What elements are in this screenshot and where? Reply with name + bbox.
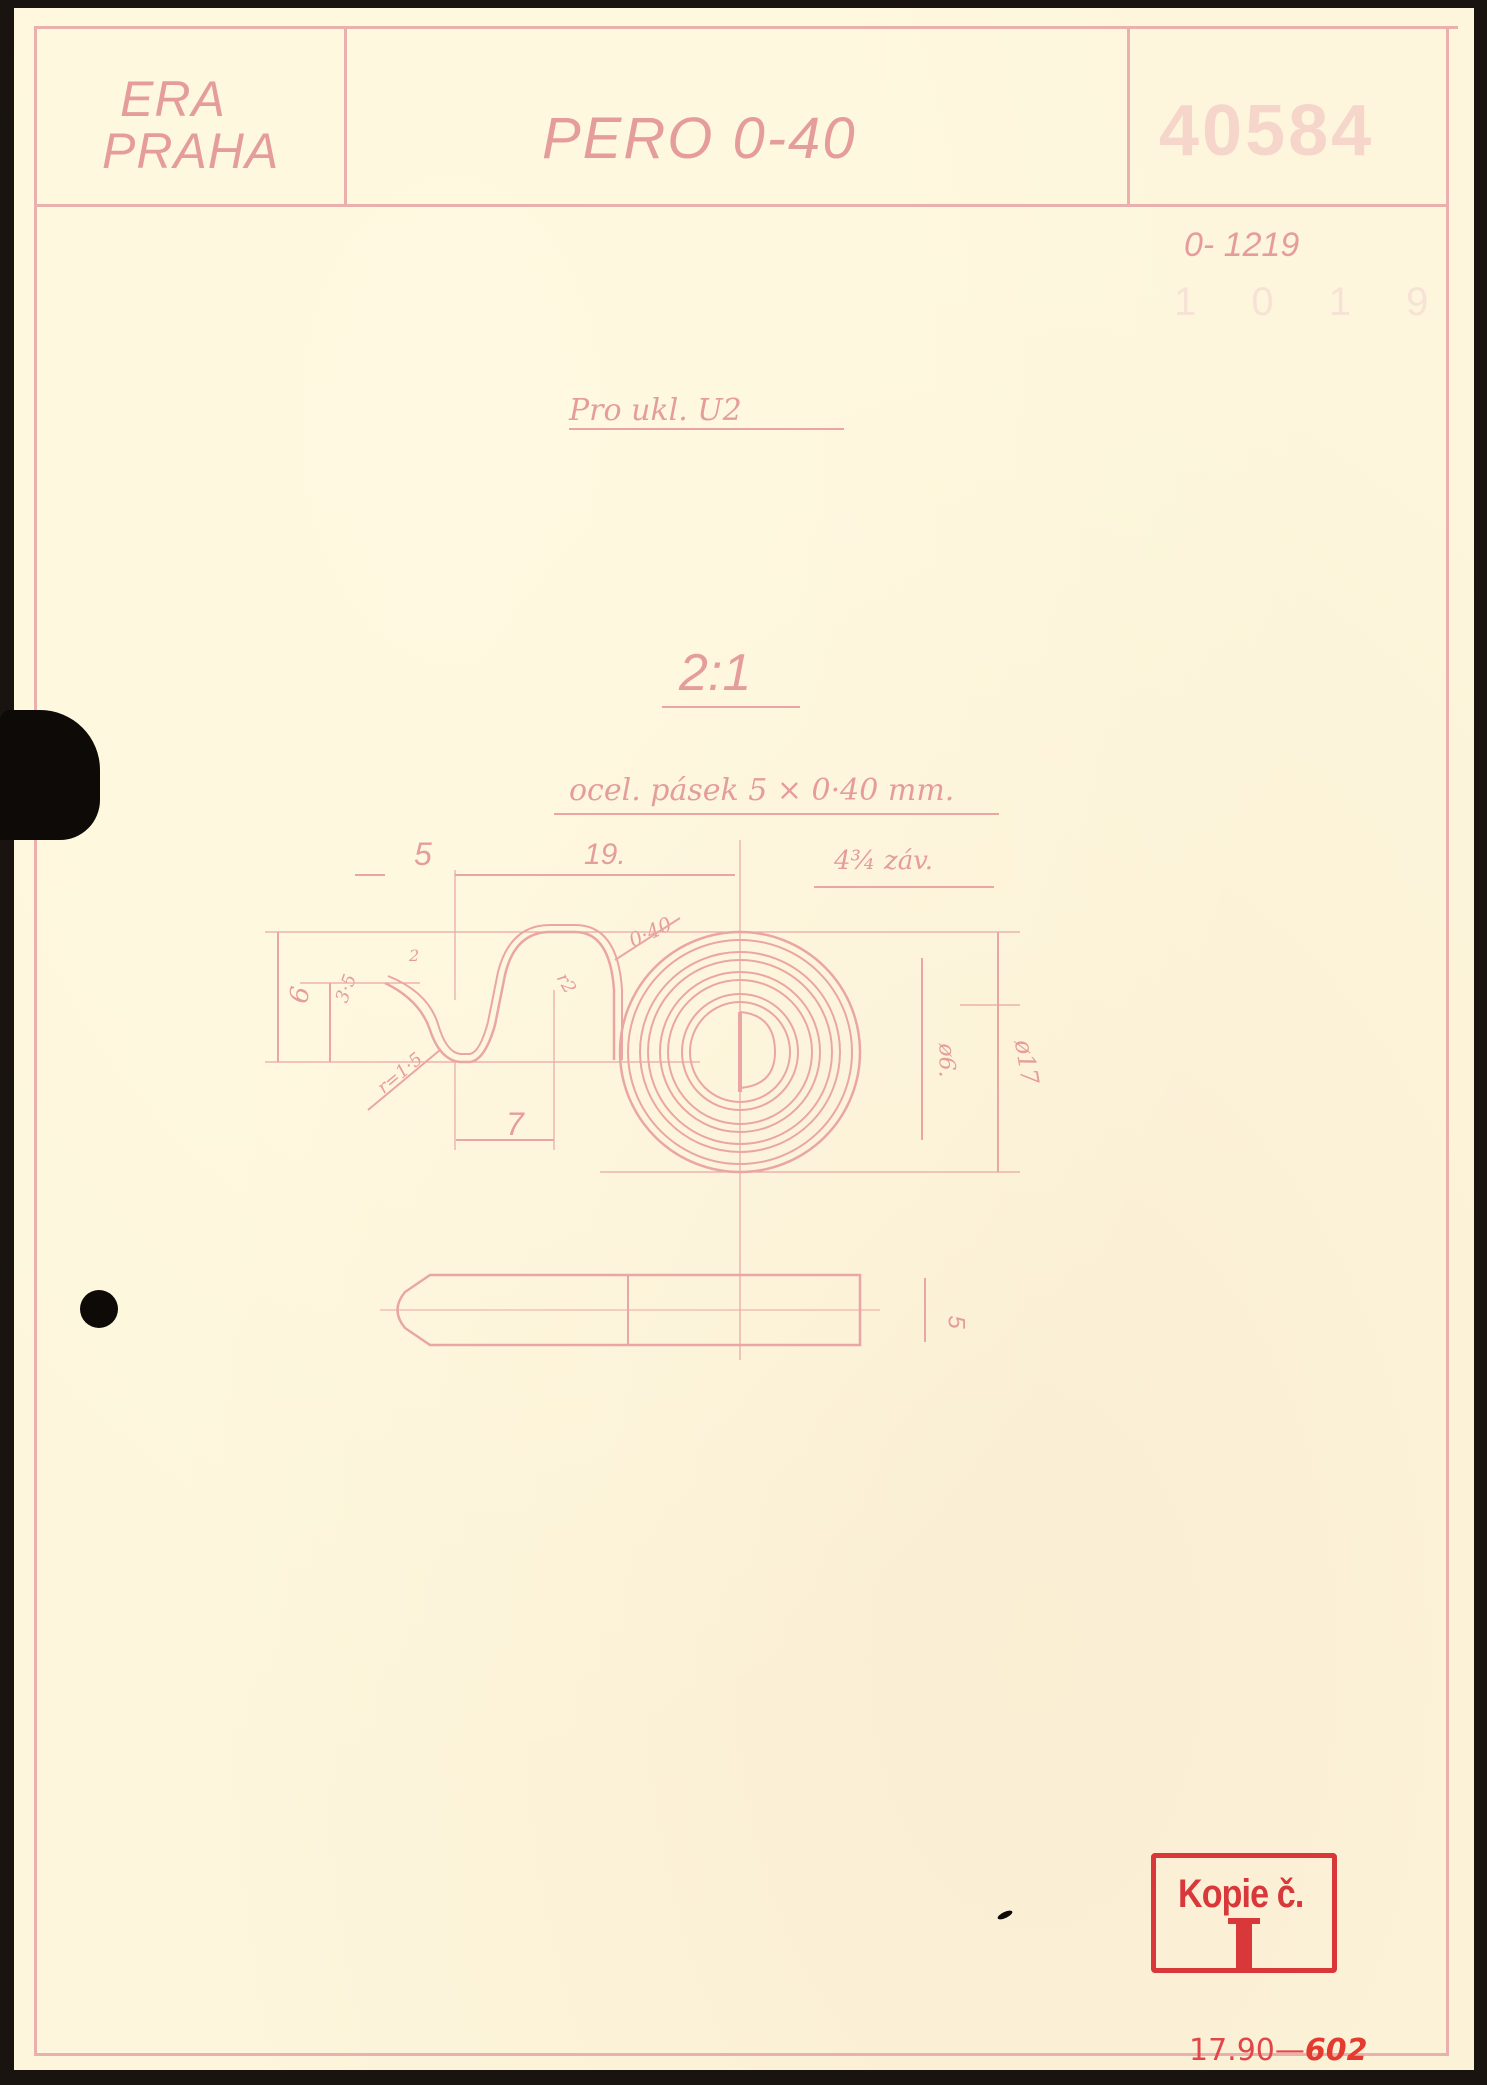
spring-drawing xyxy=(0,0,1487,2085)
ink-blot-small xyxy=(80,1290,118,1328)
ink-blot-left xyxy=(0,710,100,840)
